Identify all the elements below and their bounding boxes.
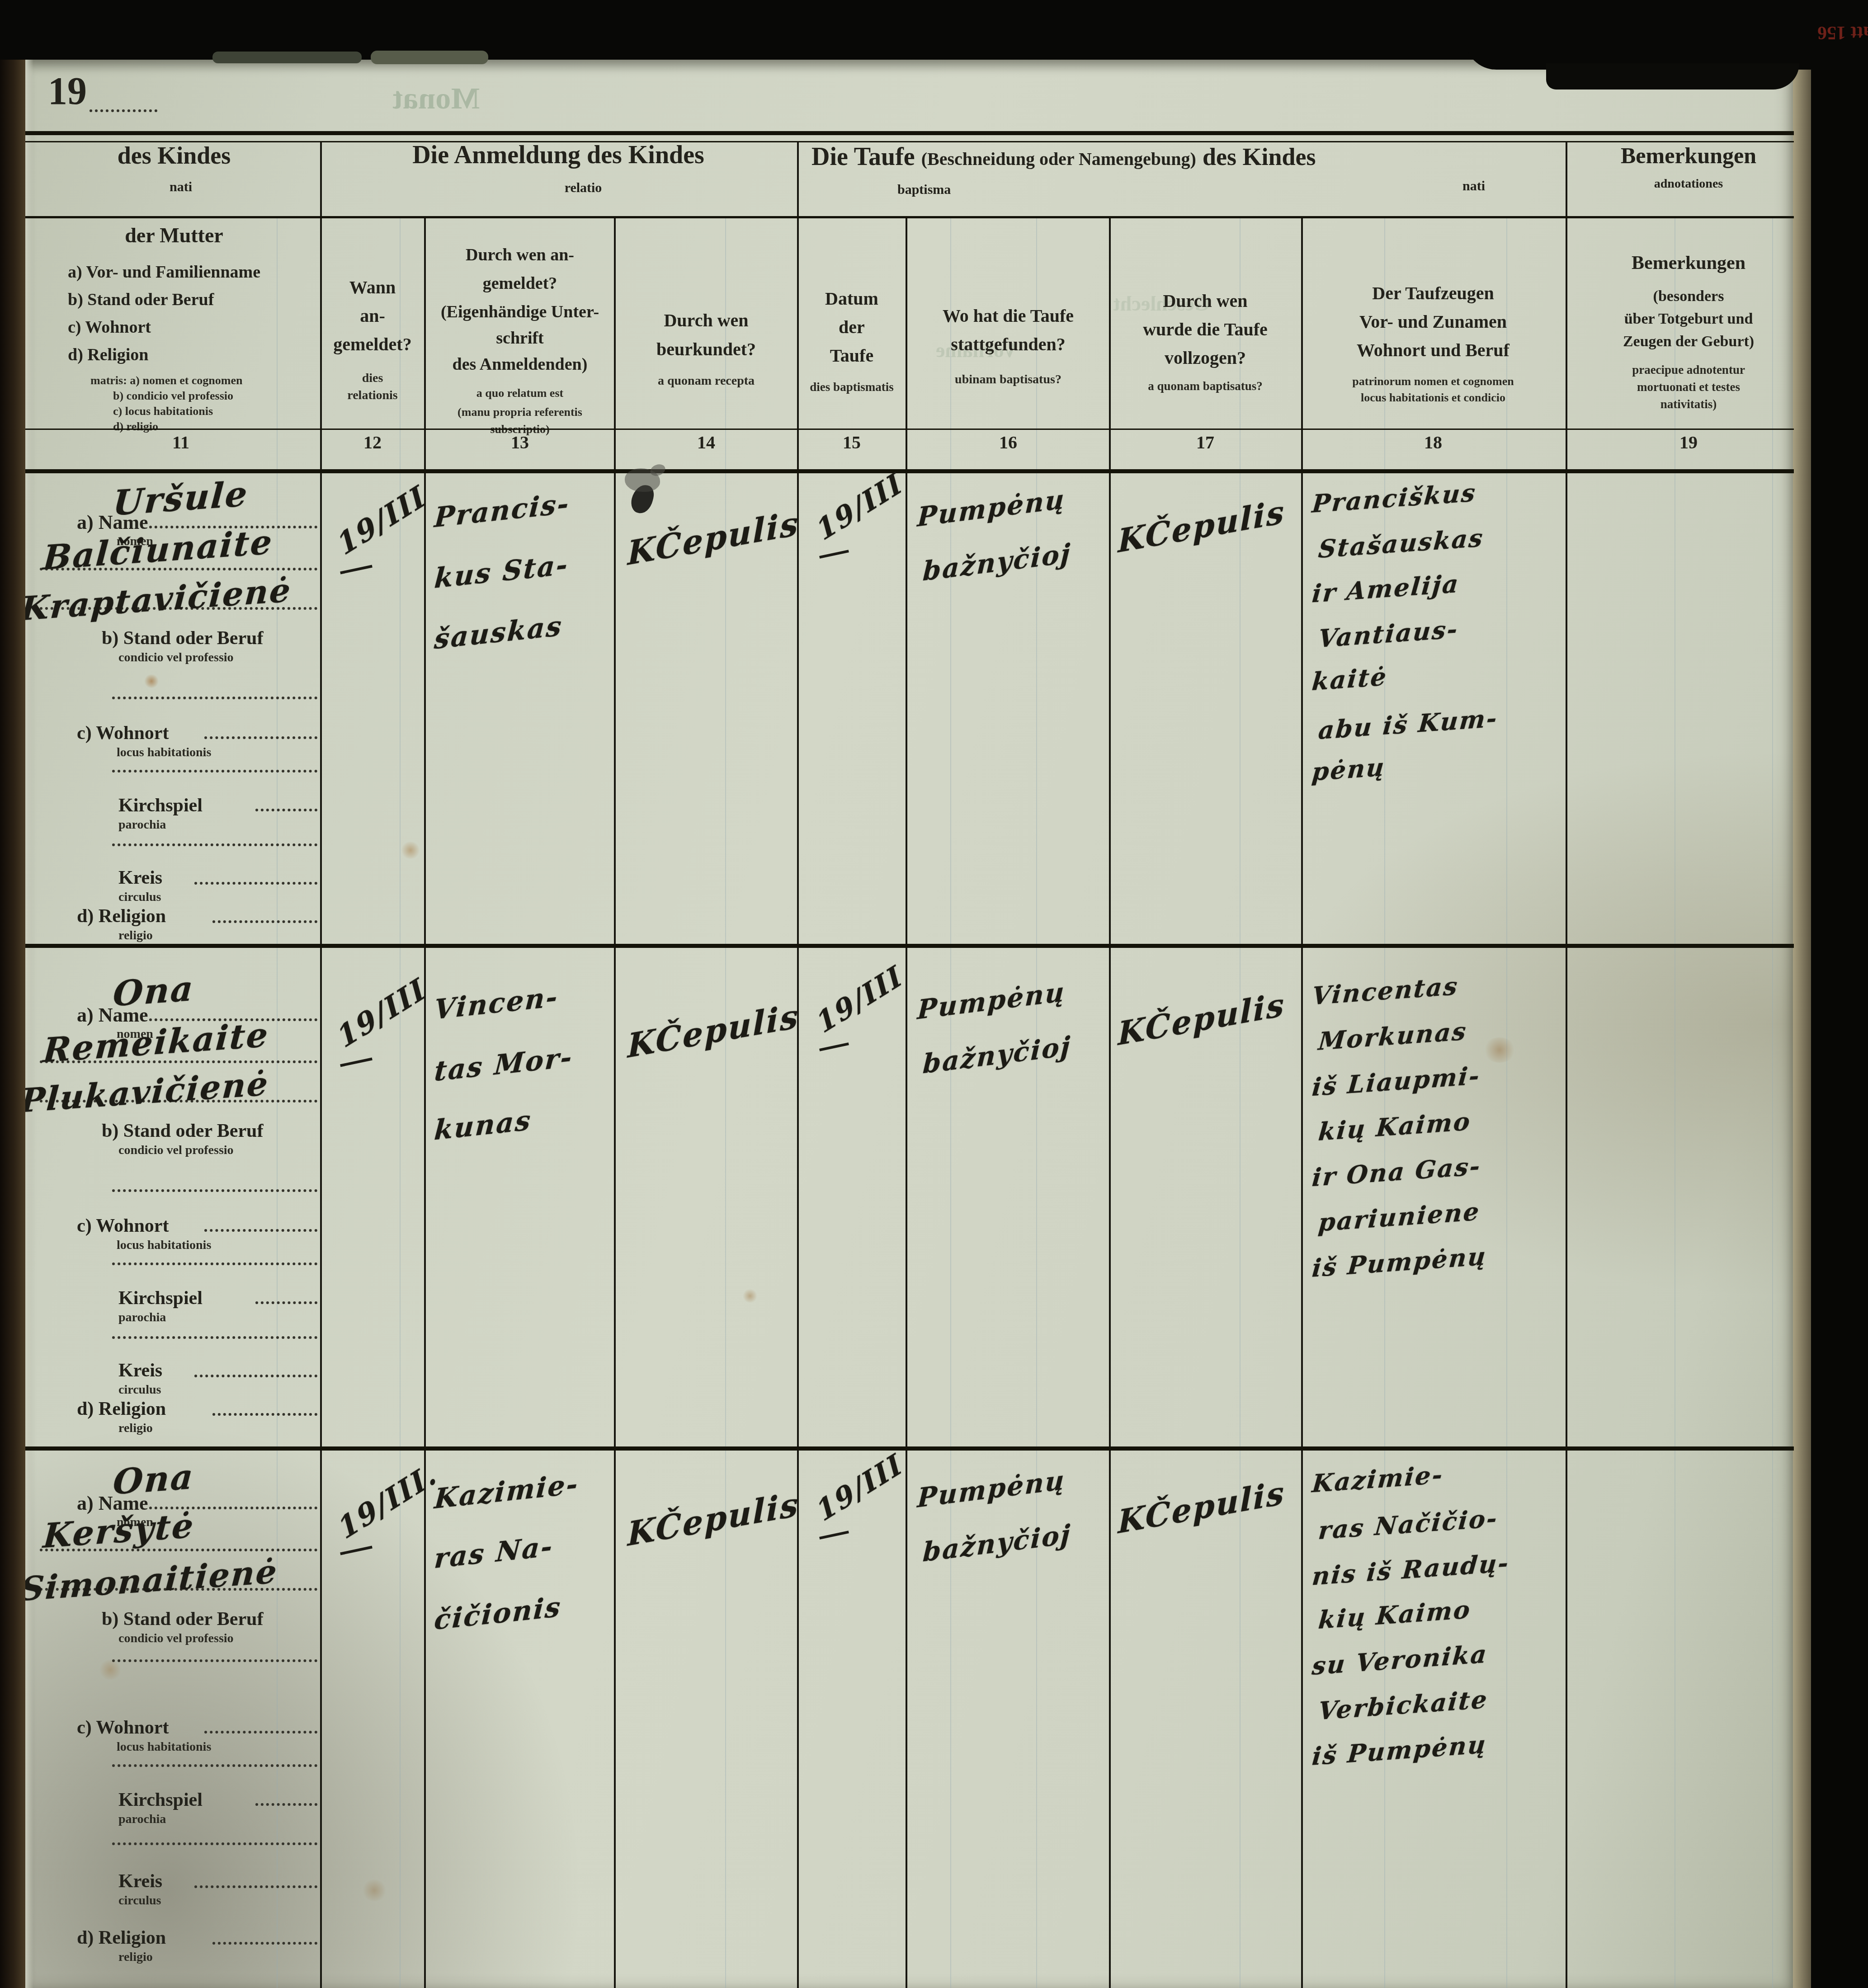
column-guide-line	[277, 217, 278, 1988]
column-number: 14	[697, 433, 715, 452]
column-guide-line	[1240, 217, 1241, 1988]
dotted-line	[112, 1260, 317, 1265]
group-header-taufe-main: Die Taufe	[811, 143, 915, 171]
column-guide-line	[1506, 217, 1507, 1988]
column-header-line: beurkundet?	[656, 340, 756, 359]
hw-mother-name: Uršule	[112, 476, 250, 520]
paper	[25, 60, 1793, 1988]
row-field-label: b) Stand oder Beruf	[102, 628, 263, 648]
hw-godparent-line: kaitė	[1311, 664, 1389, 694]
row-field-label: c) Wohnort	[77, 1216, 169, 1236]
column-header-latin: (manu propria referentis	[458, 406, 582, 418]
dotted-line	[255, 806, 317, 811]
dotted-line	[112, 1762, 317, 1767]
column-header-line: gemeldet?	[333, 335, 411, 354]
group-header-bemerkungen: Bemerkungen	[1621, 144, 1756, 168]
column-header-paren: über Totgeburt und	[1624, 311, 1753, 327]
column-header-line: vollzogen?	[1165, 349, 1246, 367]
column-header-line: Datum	[825, 289, 878, 308]
row-field-latin: religio	[118, 929, 153, 942]
row-field-latin: condicio vel professio	[118, 1144, 234, 1157]
binding-edge-highlight	[25, 60, 33, 1988]
stain	[362, 1880, 387, 1901]
dotted-line	[204, 734, 317, 739]
dotted-line	[112, 767, 317, 773]
row-field-latin: religio	[118, 1950, 153, 1964]
column-number: 13	[511, 433, 529, 452]
row-field-latin: condicio vel professio	[118, 1632, 234, 1645]
group-header-bemerkungen-latin: adnotationes	[1654, 177, 1723, 190]
stain	[99, 1660, 122, 1680]
grid-vline	[1566, 141, 1567, 218]
column-header-line: wurde die Taufe	[1143, 320, 1268, 339]
column-header-latin: c) locus habitationis	[113, 405, 213, 417]
column-header-line: Durch wen an-	[466, 246, 574, 264]
dotted-line	[112, 1187, 317, 1192]
dotted-line	[212, 1939, 317, 1945]
column-header-line: Durch wen	[1163, 292, 1247, 311]
hw-mother-name: Ona	[112, 1459, 196, 1499]
column-header-line: a) Vor- und Familienname	[68, 264, 260, 282]
column-header-line: Wohnort und Beruf	[1357, 341, 1509, 360]
column-header-latin: praecipue adnotentur	[1632, 363, 1745, 376]
dotted-line	[112, 841, 317, 846]
row-field-label: c) Wohnort	[77, 1718, 169, 1738]
scanned-register-page: Blatt 156 19 Monat Vorname Geschlecht de…	[0, 0, 1868, 1988]
column-header-latin: patrinorum nomen et cognomen	[1352, 375, 1514, 387]
column-header-line: Durch wen	[664, 311, 748, 330]
column-header-line: an-	[360, 306, 385, 325]
column-guide-line	[1036, 217, 1037, 1988]
column-header-latin: a quo relatum est	[476, 387, 563, 399]
column-header-line: b) Stand oder Beruf	[68, 291, 214, 309]
column-guide-line	[1675, 217, 1675, 1988]
grid-vline	[320, 216, 322, 1988]
column-guide-line	[725, 217, 726, 1988]
dotted-line	[194, 879, 317, 885]
column-header-line: Vor- und Zunamen	[1359, 312, 1507, 331]
row-field-label: Kreis	[118, 1361, 162, 1380]
column-header-line: Wo hat die Taufe	[943, 306, 1074, 325]
grid-hline	[25, 216, 1794, 218]
row-field-label: d) Religion	[77, 906, 166, 926]
dotted-line	[112, 1840, 317, 1845]
row-field-label: Kreis	[118, 1871, 162, 1891]
column-number: 19	[1679, 433, 1698, 452]
column-number: 11	[172, 433, 189, 452]
dotted-line	[112, 1657, 317, 1662]
row-field-label: d) Religion	[77, 1399, 166, 1419]
column-header-latin: nativitatis)	[1660, 398, 1717, 410]
hw-godparent-line: pėnų	[1311, 754, 1387, 784]
row-field-latin: locus habitationis	[117, 1740, 211, 1753]
torn-paper-bit	[212, 52, 362, 63]
column-number: 12	[363, 433, 382, 452]
column-guide-line	[400, 217, 401, 1988]
group-header-anmeldung-latin: relatio	[565, 181, 602, 195]
column-header-latin: a quonam baptisatus?	[1148, 380, 1263, 392]
page-number-dotted-line	[90, 107, 157, 112]
grid-vline	[797, 216, 799, 1988]
dotted-line	[194, 1883, 317, 1888]
binding-strip	[0, 0, 25, 1988]
dotted-line	[212, 918, 317, 923]
grid-hline	[25, 1446, 1794, 1451]
top-right-torn-bump	[1546, 63, 1799, 90]
group-header-taufe-paren: (Beschneidung oder Namengebung)	[921, 149, 1196, 169]
grid-vline	[1109, 216, 1111, 1988]
column-guide-line	[1384, 217, 1385, 1988]
bleedthrough-monat: Monat	[393, 80, 480, 116]
hw-mother-name: Ona	[112, 971, 196, 1011]
column-number: 15	[843, 433, 861, 452]
column-header-line: Der Taufzeugen	[1372, 284, 1494, 303]
grid-vline	[320, 141, 322, 218]
column-header-paren: Zeugen der Geburt)	[1623, 334, 1754, 350]
row-field-label: Kirchspiel	[118, 1288, 203, 1308]
grid-vline	[906, 216, 907, 1988]
column-number: 18	[1424, 433, 1442, 452]
row-field-latin: circulus	[118, 1894, 161, 1907]
stain	[1483, 1037, 1516, 1063]
dotted-line	[204, 1728, 317, 1734]
grid-hline	[25, 469, 1794, 473]
column-header-latin: ubinam baptisatus?	[955, 373, 1061, 386]
column-header-latin: dies baptismatis	[810, 381, 893, 393]
stain	[742, 1289, 758, 1303]
hw-mother-name: Keršytė	[42, 1509, 196, 1553]
row-field-latin: parochia	[118, 1311, 166, 1324]
group-header-taufe-latin: baptisma	[897, 183, 951, 197]
grid-vline	[1566, 216, 1567, 1988]
column-header-latin: matris: a) nomen et cognomen	[90, 374, 243, 386]
dotted-line	[194, 1372, 317, 1377]
column-guide-line	[1772, 217, 1773, 1988]
grid-hline	[25, 429, 1794, 430]
dotted-line	[112, 1333, 317, 1339]
dotted-line	[204, 1226, 317, 1232]
row-field-latin: locus habitationis	[117, 746, 211, 759]
row-field-label: Kirchspiel	[118, 796, 203, 815]
row-field-label: c) Wohnort	[77, 723, 169, 743]
grid-vline	[424, 216, 426, 1988]
group-header-taufe-end: des Kindes	[1203, 143, 1316, 170]
neighbor-page-label: Blatt 156	[1817, 22, 1868, 43]
dotted-line	[212, 1410, 317, 1416]
group-header-anmeldung: Die Anmeldung des Kindes	[412, 142, 704, 169]
column-header-latin: mortuonati et testes	[1637, 381, 1740, 393]
column-header-line: schrift	[496, 330, 544, 348]
dotted-line	[112, 694, 317, 699]
grid-hline	[25, 131, 1794, 135]
column-header-latin: b) condicio vel professio	[113, 390, 233, 402]
column-header-line: stattgefunden?	[951, 335, 1065, 354]
column-header-latin: d) religio	[113, 420, 158, 433]
group-header-taufe-latin-right: nati	[1462, 179, 1485, 193]
row-field-latin: religio	[118, 1422, 153, 1435]
grid-hline	[25, 944, 1794, 948]
page-number: 19	[48, 71, 87, 111]
column-guide-line	[950, 217, 951, 1988]
row-field-latin: parochia	[118, 1813, 166, 1826]
row-field-latin: condicio vel professio	[118, 651, 234, 664]
row-field-label: Kirchspiel	[118, 1790, 203, 1810]
row-field-label: b) Stand oder Beruf	[102, 1609, 263, 1629]
row-field-latin: circulus	[118, 1383, 161, 1396]
row-field-latin: parochia	[118, 818, 166, 831]
column-header-line: Bemerkungen	[1632, 253, 1745, 273]
column-header-line: gemeldet?	[483, 275, 557, 293]
column-header-latin: locus habitationis et condicio	[1361, 391, 1505, 404]
column-header-line: Taufe	[830, 346, 873, 365]
column-header-line: (Eigenhändige Unter-	[441, 303, 599, 321]
grid-vline	[797, 141, 799, 218]
column-header-line: Wann	[349, 278, 396, 297]
group-header-taufe: Die Taufe (Beschneidung oder Namengebung…	[811, 144, 1316, 170]
column-header-latin: dies	[362, 372, 383, 385]
row-field-latin: locus habitationis	[117, 1239, 211, 1252]
top-right-torn-edge	[1465, 0, 1868, 70]
row-field-label: b) Stand oder Beruf	[102, 1121, 263, 1141]
column-header-paren: (besonders	[1653, 288, 1724, 305]
group-header-des-kindes: des Kindes	[118, 143, 231, 169]
right-scan-band	[1811, 0, 1868, 1988]
grid-hline	[25, 141, 1794, 142]
dotted-line	[255, 1299, 317, 1304]
torn-paper-bit	[371, 51, 488, 64]
row-field-label: d) Religion	[77, 1928, 166, 1948]
column-header-latin: a quonam recepta	[658, 374, 755, 387]
column-number: 17	[1196, 433, 1214, 452]
stain	[144, 674, 159, 688]
column-number: 16	[999, 433, 1017, 452]
column-header-line: des Anmeldenden)	[453, 356, 588, 374]
column-header-line: d) Religion	[68, 346, 148, 364]
stain	[401, 842, 420, 859]
column-header-latin: relationis	[347, 389, 397, 402]
group-header-des-kindes-latin: nati	[170, 180, 192, 194]
dotted-line	[255, 1800, 317, 1806]
column-header-line: der	[839, 318, 865, 337]
row-field-latin: circulus	[118, 890, 161, 904]
grid-vline	[1301, 216, 1303, 1988]
row-field-label: Kreis	[118, 868, 162, 888]
grid-vline	[614, 216, 616, 1988]
column-header-line: c) Wohnort	[68, 319, 151, 337]
right-page-stack-edge	[1793, 60, 1811, 1988]
column-header-title: der Mutter	[125, 225, 223, 246]
